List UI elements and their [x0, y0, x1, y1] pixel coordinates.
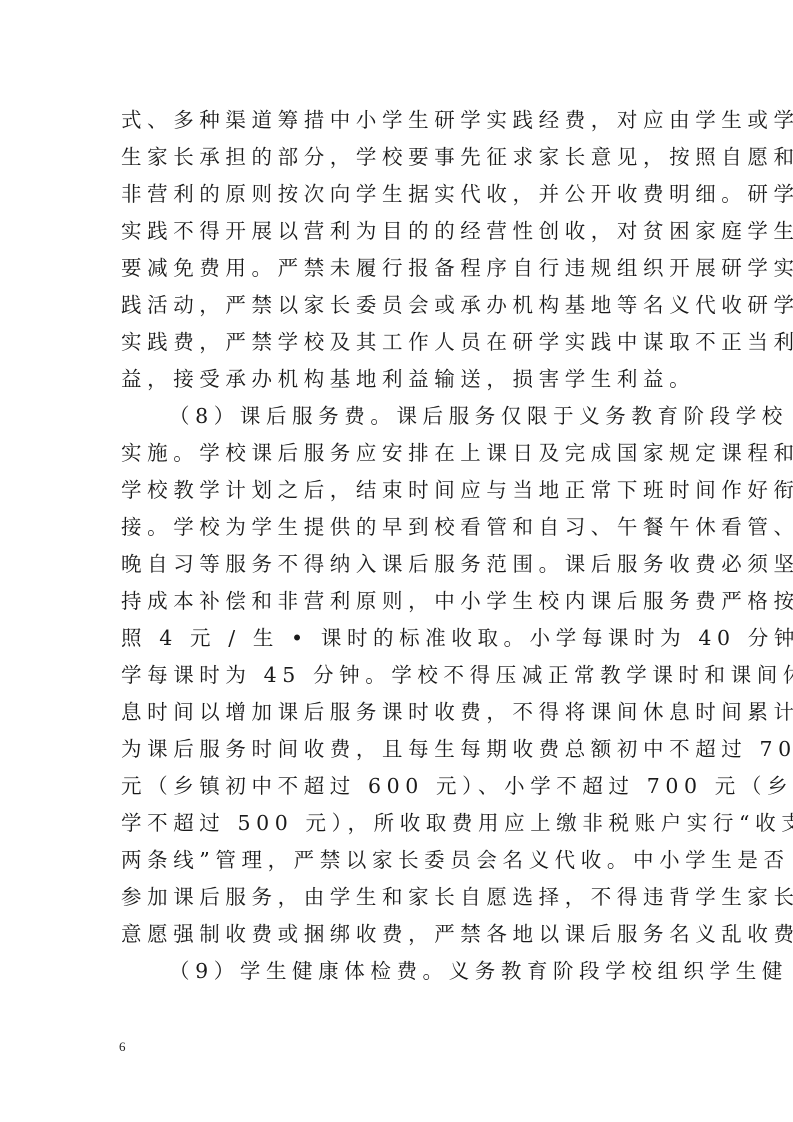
paragraph-start-line: （8）课后服务费。课后服务仅限于义务教育阶段学校 [121, 398, 681, 435]
text-line: 实践费，严禁学校及其工作人员在研学实践中谋取不正当利 [121, 324, 681, 361]
text-line: 实践不得开展以营利为目的的经营性创收，对贫困家庭学生 [121, 213, 681, 250]
text-line: 学每课时为 45 分钟。学校不得压减正常教学课时和课间休 [121, 657, 681, 694]
text-line: 参加课后服务，由学生和家长自愿选择，不得违背学生家长 [121, 879, 681, 916]
text-line: 践活动，严禁以家长委员会或承办机构基地等名义代收研学 [121, 287, 681, 324]
text-line: 为课后服务时间收费，且每生每期收费总额初中不超过 700 [121, 731, 681, 768]
document-page: 式、多种渠道筹措中小学生研学实践经费，对应由学生或学生家长承担的部分，学校要事先… [0, 0, 793, 1122]
text-line: 非营利的原则按次向学生据实代收，并公开收费明细。研学 [121, 176, 681, 213]
text-line: 两条线”管理，严禁以家长委员会名义代收。中小学生是否 [121, 842, 681, 879]
text-line: 息时间以增加课后服务课时收费，不得将课间休息时间累计 [121, 694, 681, 731]
body-text: 式、多种渠道筹措中小学生研学实践经费，对应由学生或学生家长承担的部分，学校要事先… [121, 102, 681, 990]
text-line: 元（乡镇初中不超过 600 元）、小学不超过 700 元（乡镇小 [121, 768, 681, 805]
text-line: 实施。学校课后服务应安排在上课日及完成国家规定课程和 [121, 435, 681, 472]
text-line: 持成本补偿和非营利原则，中小学生校内课后服务费严格按 [121, 583, 681, 620]
text-line: 益，接受承办机构基地利益输送，损害学生利益。 [121, 361, 681, 398]
page-number: 6 [119, 1039, 126, 1055]
text-line: 接。学校为学生提供的早到校看管和自习、午餐午休看管、 [121, 509, 681, 546]
text-line: 意愿强制收费或捆绑收费，严禁各地以课后服务名义乱收费。 [121, 916, 681, 953]
text-line: 晚自习等服务不得纳入课后服务范围。课后服务收费必须坚 [121, 546, 681, 583]
text-line: 学不超过 500 元），所收取费用应上缴非税账户实行“收支 [121, 805, 681, 842]
text-line: 照 4 元 / 生 • 课时的标准收取。小学每课时为 40 分钟，中 [121, 620, 681, 657]
text-line: 生家长承担的部分，学校要事先征求家长意见，按照自愿和 [121, 139, 681, 176]
text-line: 要减免费用。严禁未履行报备程序自行违规组织开展研学实 [121, 250, 681, 287]
paragraph-start-line: （9）学生健康体检费。义务教育阶段学校组织学生健 [121, 953, 681, 990]
text-line: 学校教学计划之后，结束时间应与当地正常下班时间作好衔 [121, 472, 681, 509]
text-line: 式、多种渠道筹措中小学生研学实践经费，对应由学生或学 [121, 102, 681, 139]
